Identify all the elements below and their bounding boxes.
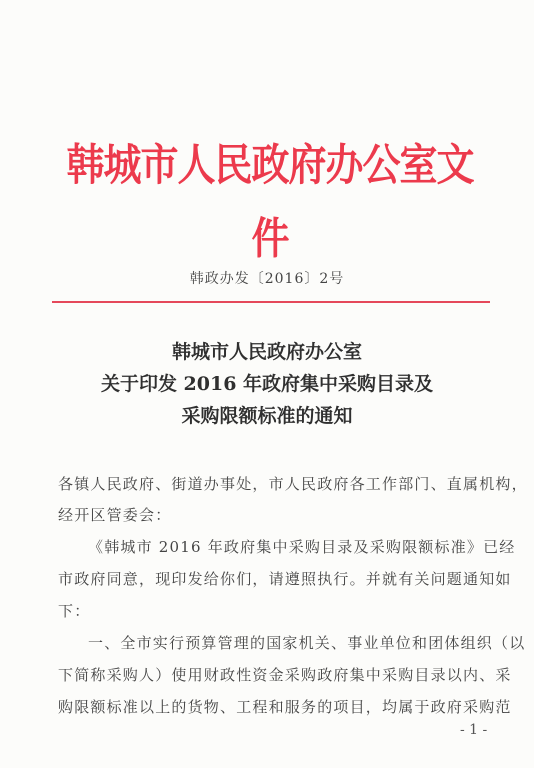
document-page: 韩城市人民政府办公室文件 韩政办发〔2016〕2号 韩城市人民政府办公室 关于印… — [0, 0, 534, 768]
body-line-paragraph-1-cont: 市政府同意，现印发给你们，请遵照执行。并就有关问题通知如 — [58, 569, 512, 589]
notice-heading-line-3: 采购限额标准的通知 — [0, 400, 534, 432]
notice-heading-line-2: 关于印发 2016 年政府集中采购目录及 — [0, 368, 534, 400]
body-line-item-1-cont-2: 购限额标准以上的货物、工程和服务的项目，均属于政府采购范 — [58, 697, 512, 717]
body-line-paragraph-1: 《韩城市 2016 年政府集中采购目录及采购限额标准》已经 — [88, 537, 516, 557]
page-number: - 1 - — [460, 722, 487, 738]
notice-heading-line-1: 韩城市人民政府办公室 — [0, 336, 534, 368]
document-header-title: 韩城市人民政府办公室文件 — [50, 128, 490, 275]
red-divider-rule — [52, 301, 490, 303]
document-number: 韩政办发〔2016〕2号 — [0, 268, 534, 288]
body-line-addressees: 各镇人民政府、街道办事处，市人民政府各工作部门、直属机构， — [58, 474, 528, 494]
body-line-addressees-cont: 经开区管委会： — [58, 505, 171, 525]
body-line-paragraph-1-end: 下： — [58, 601, 90, 621]
body-line-item-1: 一、全市实行预算管理的国家机关、事业单位和团体组织（以 — [88, 633, 525, 653]
body-line-item-1-cont: 下简称采购人）使用财政性资金采购政府集中采购目录以内、采 — [58, 665, 512, 685]
